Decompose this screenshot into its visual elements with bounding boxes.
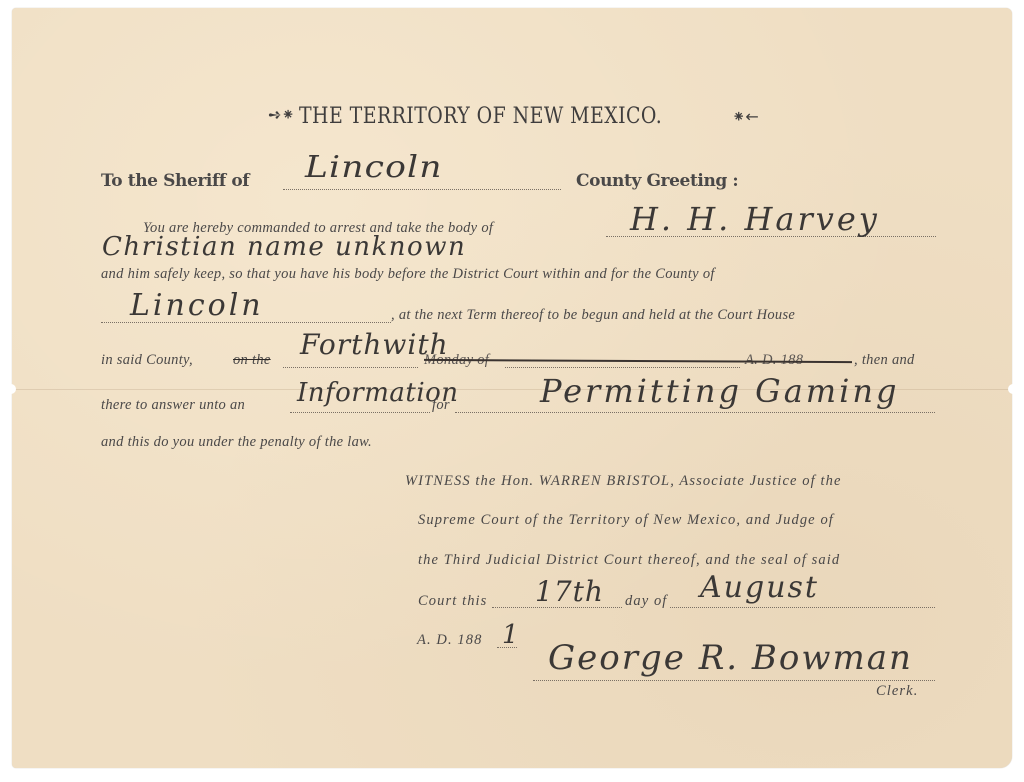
- fold-notch-right: [1008, 384, 1014, 394]
- term-text: , at the next Term thereof to be begun a…: [391, 307, 795, 324]
- clerk-label: Clerk.: [876, 683, 918, 700]
- month-handwritten: August: [700, 570, 819, 605]
- witness-line-2: Supreme Court of the Territory of New Me…: [418, 512, 834, 529]
- court-this-label: Court this: [418, 593, 487, 610]
- document-title-row: ➺⁕ THE TERRITORY OF NEW MEXICO.: [268, 104, 721, 129]
- ordinal-blank-line: [283, 367, 418, 368]
- charge-type-blank-line: [290, 412, 430, 413]
- day-of-label: day of: [625, 593, 667, 610]
- answer-text: there to answer unto an: [101, 397, 245, 414]
- penalty-text: and this do you under the penalty of the…: [101, 434, 372, 451]
- for-label: for: [432, 397, 450, 414]
- keep-text: and him safely keep, so that you have hi…: [101, 266, 715, 283]
- witness-line-1: WITNESS the Hon. WARREN BRISTOL, Associa…: [405, 473, 842, 490]
- month-signed-blank-line: [670, 607, 935, 608]
- ornament-left-icon: ➺⁕: [268, 105, 295, 124]
- ornament-right-icon: ⁕←: [732, 107, 759, 126]
- month-blank-line: [505, 367, 740, 368]
- county2-handwritten: Lincoln: [130, 288, 264, 323]
- clerk-signature: George R. Bowman: [548, 638, 913, 678]
- year-digit-handwritten: 1: [502, 620, 520, 650]
- county-handwritten: Lincoln: [305, 150, 443, 185]
- witness-line-3: the Third Judicial District Court thereo…: [418, 552, 840, 569]
- then-and-text: , then and: [854, 352, 915, 369]
- christian-name-handwritten: Christian name unknown: [102, 232, 466, 262]
- signature-line: [533, 680, 935, 681]
- offense-blank-line: [455, 412, 935, 413]
- county-greeting-label: County Greeting :: [576, 171, 738, 191]
- ad-prefix-label: A. D. 188: [417, 632, 482, 649]
- charge-handwritten: Permitting Gaming: [540, 372, 899, 410]
- document-title: THE TERRITORY OF NEW MEXICO.: [299, 104, 662, 129]
- county-blank-line: [283, 189, 561, 190]
- in-said-county-text: in said County,: [101, 352, 193, 369]
- day-handwritten: 17th: [535, 575, 604, 608]
- defendant-handwritten: H. H. Harvey: [630, 200, 880, 238]
- on-the-struck-text: on the: [233, 352, 271, 369]
- to-sheriff-label: To the Sheriff of: [101, 171, 249, 191]
